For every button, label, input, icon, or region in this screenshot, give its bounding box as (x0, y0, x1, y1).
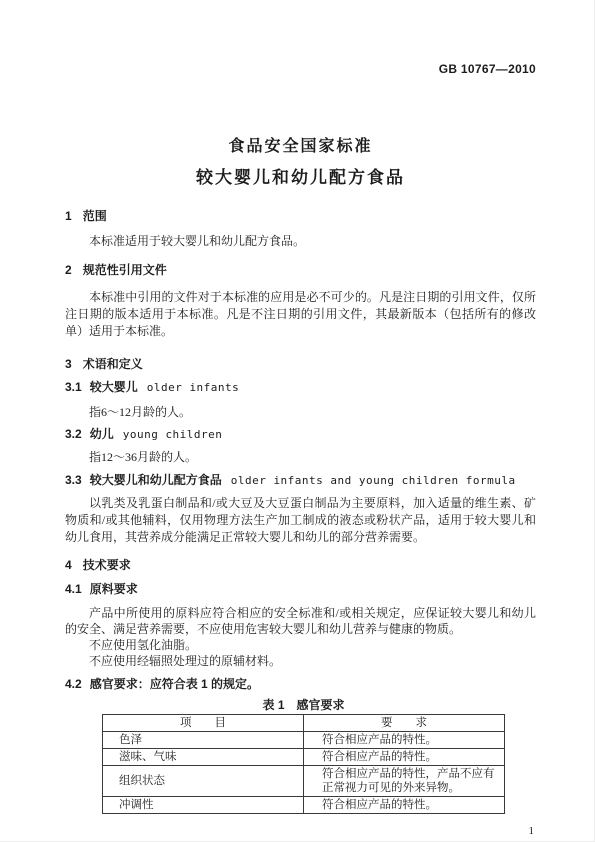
section-4-1-heading: 4.1原料要求 (65, 582, 536, 597)
term-3-1-definition: 指6～12月龄的人。 (65, 405, 536, 420)
section-4-number: 4 (65, 558, 72, 572)
table-1-caption: 表 1 感官要求 (102, 699, 505, 712)
term-3-1-number: 3.1 (65, 380, 82, 394)
term-3-2-zh: 幼儿 (90, 427, 114, 441)
term-3-3-zh: 较大婴儿和幼儿配方食品 (90, 473, 222, 487)
section-2-heading: 2规范性引用文件 (65, 262, 536, 278)
section-4-title: 技术要求 (83, 558, 131, 572)
table-row: 色泽 符合相应产品的特性。 (103, 732, 505, 749)
section-4-2-title: 感官要求：应符合表 1 的规定。 (90, 677, 259, 691)
document-title: 食品安全国家标准 (65, 138, 536, 156)
section-3-title: 术语和定义 (83, 357, 143, 371)
term-3-3-en: older infants and young children formula (231, 474, 516, 487)
section-3-heading: 3术语和定义 (65, 356, 536, 372)
section-4-1-paragraph-1: 产品中所使用的原料应符合相应的安全标准和/或相关规定，应保证较大婴儿和幼儿的安全… (65, 605, 536, 637)
table-cell-requirement: 符合相应产品的特性，产品不应有正常视力可见的外来异物。 (304, 766, 505, 797)
table-header-requirement: 要 求 (304, 715, 505, 732)
standard-code: GB 10767—2010 (65, 62, 536, 76)
section-1-paragraph: 本标准适用于较大婴儿和幼儿配方食品。 (65, 233, 536, 250)
page-number: 1 (65, 825, 536, 838)
section-4-1-paragraph-2: 不应使用氢化油脂。 (65, 637, 536, 653)
section-4-1-title: 原料要求 (90, 582, 138, 596)
table-row: 滋味、气味 符合相应产品的特性。 (103, 749, 505, 766)
section-2-number: 2 (65, 263, 72, 277)
section-4-2-number: 4.2 (65, 677, 82, 691)
term-3-2-heading: 3.2幼儿young children (65, 427, 536, 442)
sensory-requirements-table: 项 目 要 求 色泽 符合相应产品的特性。 滋味、气味 符合相应产品的特性。 组… (102, 714, 505, 814)
section-4-1-paragraph-3: 不应使用经辐照处理过的原辅材料。 (65, 653, 536, 669)
document-subtitle: 较大婴儿和幼儿配方食品 (65, 168, 536, 188)
table-cell-item: 色泽 (103, 732, 304, 749)
term-3-3-definition: 以乳类及乳蛋白制品和/或大豆及大豆蛋白制品为主要原料，加入适量的维生素、矿物质和… (65, 495, 536, 546)
document-page: GB 10767—2010 食品安全国家标准 较大婴儿和幼儿配方食品 1范围 本… (0, 0, 595, 842)
term-3-3-heading: 3.3较大婴儿和幼儿配方食品older infants and young ch… (65, 473, 536, 488)
section-1-title: 范围 (83, 209, 107, 223)
table-cell-requirement: 符合相应产品的特性。 (304, 797, 505, 814)
term-3-2-definition: 指12～36月龄的人。 (65, 450, 536, 465)
section-2-paragraph: 本标准中引用的文件对于本标准的应用是必不可少的。凡是注日期的引用文件，仅所注日期… (65, 289, 536, 340)
section-1-heading: 1范围 (65, 208, 536, 224)
table-cell-item: 冲调性 (103, 797, 304, 814)
section-1-number: 1 (65, 209, 72, 223)
section-2-title: 规范性引用文件 (83, 263, 167, 277)
term-3-3-number: 3.3 (65, 473, 82, 487)
term-3-1-en: older infants (147, 381, 240, 394)
table-header-item: 项 目 (103, 715, 304, 732)
section-3-number: 3 (65, 357, 72, 371)
table-cell-item: 组织状态 (103, 766, 304, 797)
table-header-row: 项 目 要 求 (103, 715, 505, 732)
table-cell-requirement: 符合相应产品的特性。 (304, 732, 505, 749)
table-cell-item: 滋味、气味 (103, 749, 304, 766)
table-cell-requirement: 符合相应产品的特性。 (304, 749, 505, 766)
section-4-2-heading: 4.2感官要求：应符合表 1 的规定。 (65, 677, 536, 692)
term-3-2-number: 3.2 (65, 427, 82, 441)
section-4-1-number: 4.1 (65, 582, 82, 596)
term-3-2-en: young children (123, 428, 223, 441)
table-row: 组织状态 符合相应产品的特性，产品不应有正常视力可见的外来异物。 (103, 766, 505, 797)
table-row: 冲调性 符合相应产品的特性。 (103, 797, 505, 814)
term-3-1-zh: 较大婴儿 (90, 380, 138, 394)
section-4-heading: 4技术要求 (65, 557, 536, 573)
term-3-1-heading: 3.1较大婴儿older infants (65, 380, 536, 395)
